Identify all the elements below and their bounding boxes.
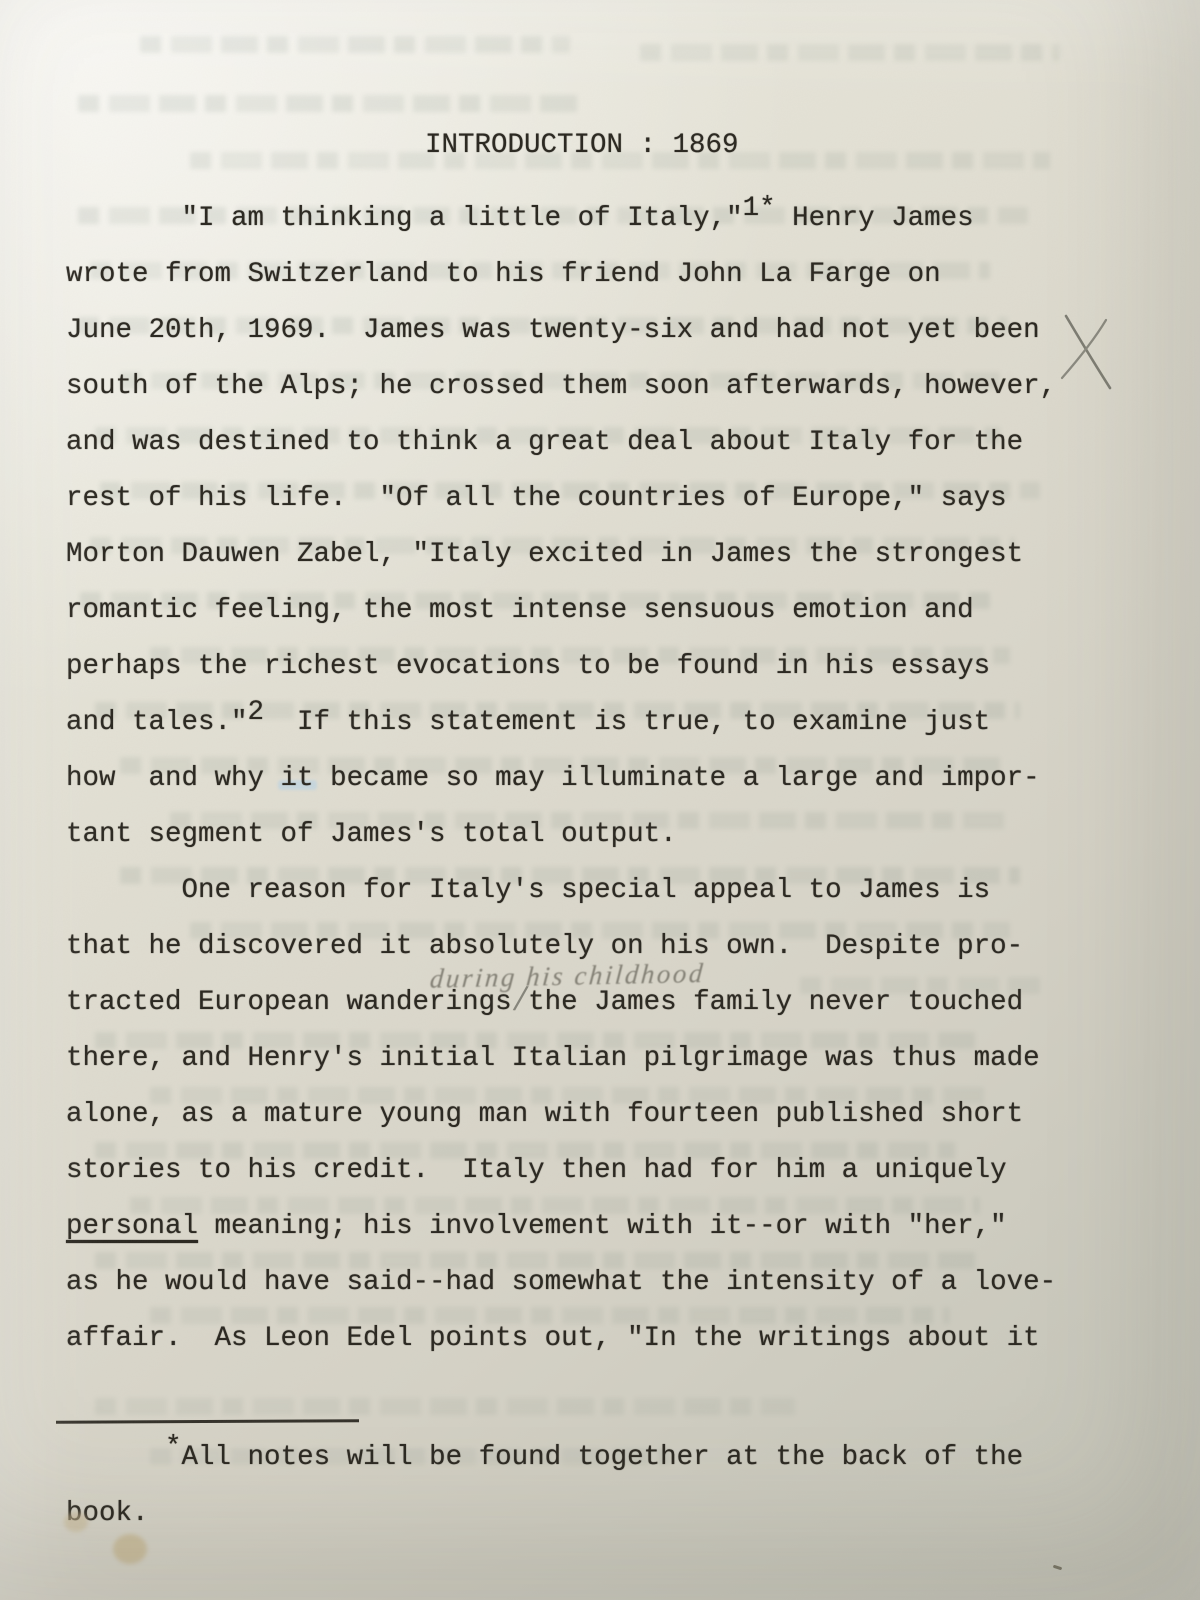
typed-line: book. — [66, 1487, 1023, 1543]
paper-stain — [64, 1512, 88, 1532]
typed-line: and tales."2 If this statement is true, … — [66, 695, 1056, 751]
typed-line: alone, as a mature young man with fourte… — [66, 1087, 1056, 1143]
footnote: *All notes will be found together at the… — [66, 1431, 1023, 1543]
bleedthrough-line — [140, 36, 570, 53]
typed-line: tant segment of James's total output. — [66, 807, 1056, 863]
bleedthrough-line — [78, 95, 578, 112]
document-body: "I am thinking a little of Italy,"1* Hen… — [66, 191, 1056, 1367]
bleedthrough-line — [640, 44, 1060, 61]
typed-line: romantic feeling, the most intense sensu… — [66, 583, 1056, 639]
typed-line: wrote from Switzerland to his friend Joh… — [66, 247, 1056, 303]
typed-line: June 20th, 1969. James was twenty-six an… — [66, 303, 1056, 359]
typed-line: affair. As Leon Edel points out, "In the… — [66, 1311, 1056, 1367]
typed-line: there, and Henry's initial Italian pilgr… — [66, 1031, 1056, 1087]
typed-line: personal meaning; his involvement with i… — [66, 1199, 1056, 1255]
typed-line: as he would have said--had somewhat the … — [66, 1255, 1056, 1311]
typed-line: perhaps the richest evocations to be fou… — [66, 639, 1056, 695]
typed-line: "I am thinking a little of Italy,"1* Hen… — [66, 191, 1056, 247]
typescript-page-photo: INTRODUCTION : 1869 "I am thinking a lit… — [0, 0, 1200, 1600]
footnote-rule — [56, 1419, 359, 1424]
paper-speck — [1053, 1565, 1062, 1571]
typed-line: rest of his life. "Of all the countries … — [66, 471, 1056, 527]
typed-line: *All notes will be found together at the… — [66, 1431, 1023, 1487]
typed-line: south of the Alps; he crossed them soon … — [66, 359, 1056, 415]
bleedthrough-line — [95, 1398, 795, 1415]
typed-line: and was destined to think a great deal a… — [66, 415, 1056, 471]
margin-x-mark — [1054, 308, 1124, 396]
handwritten-insertion: during his childhood — [429, 958, 707, 995]
document-title: INTRODUCTION : 1869 — [425, 130, 739, 162]
typed-line: how and why it became so may illuminate … — [66, 751, 1056, 807]
typed-line: Morton Dauwen Zabel, "Italy excited in J… — [66, 527, 1056, 583]
paper-stain — [113, 1534, 147, 1564]
typed-line: One reason for Italy's special appeal to… — [66, 863, 1056, 919]
typed-line: stories to his credit. Italy then had fo… — [66, 1143, 1056, 1199]
